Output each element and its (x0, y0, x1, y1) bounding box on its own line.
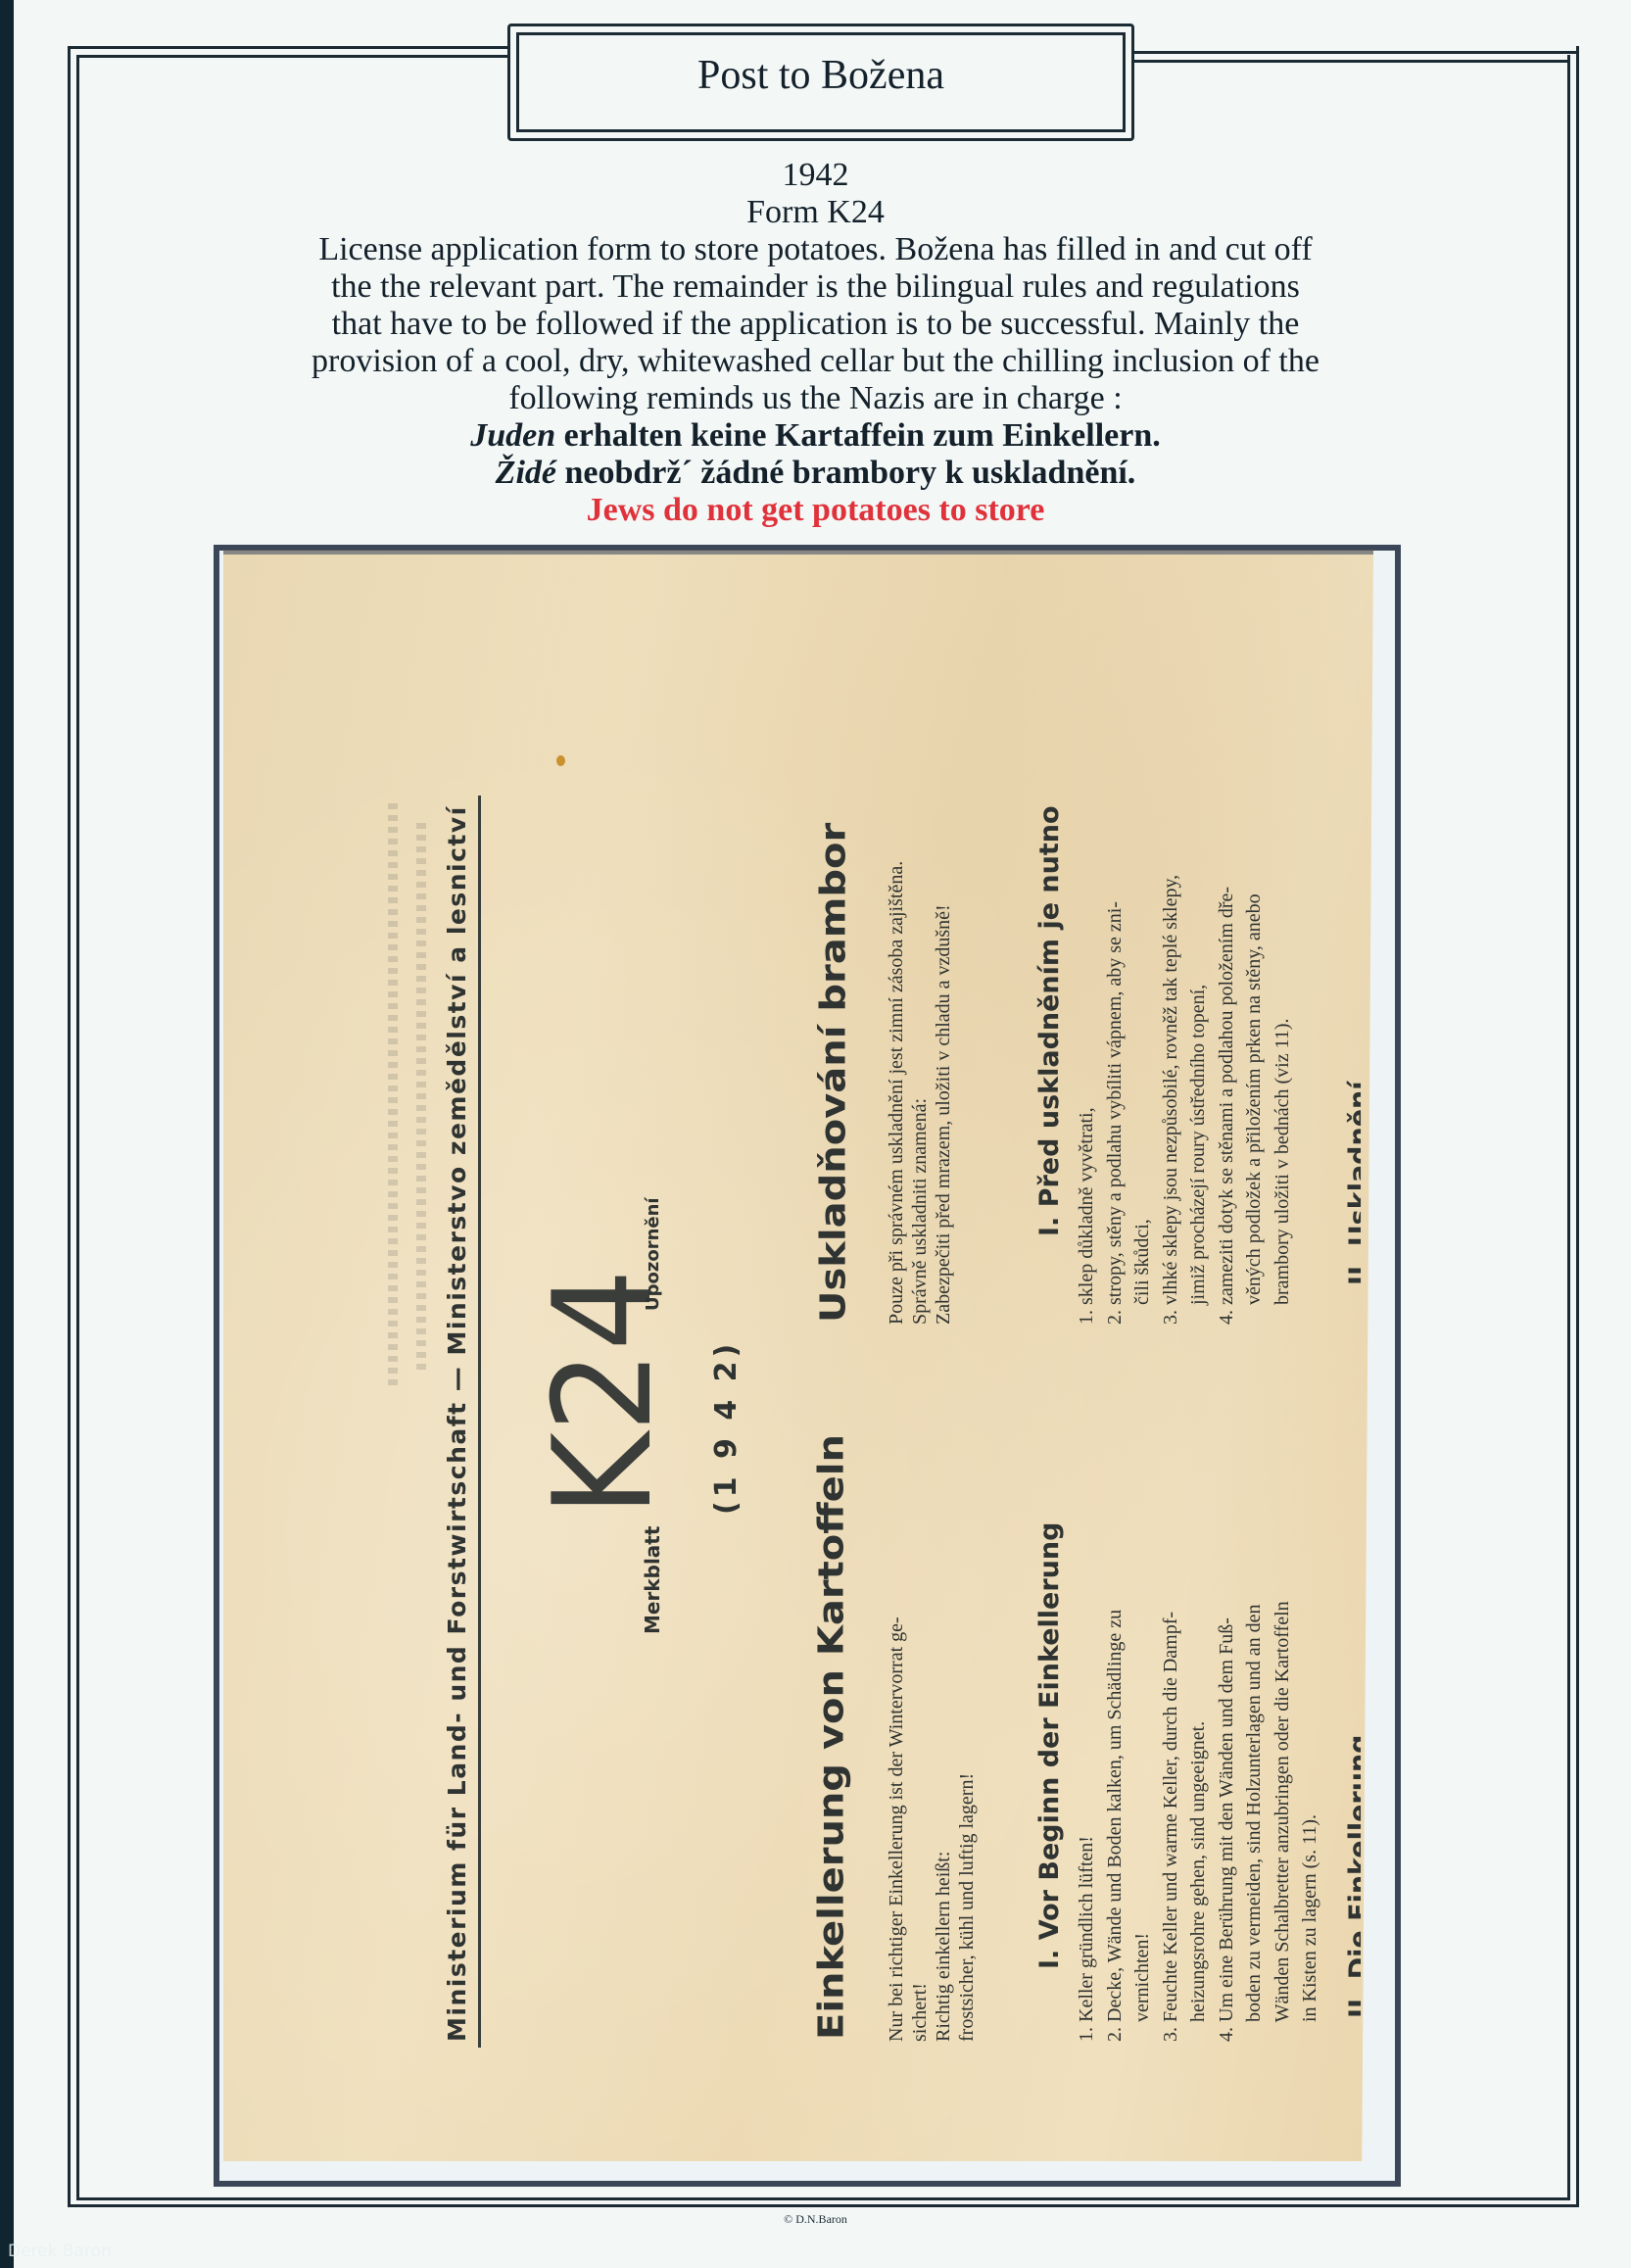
list-line: boden zu vermeiden, sind Holzunterlagen … (1243, 1604, 1266, 2042)
description-line: following reminds us the Nazis are in ch… (196, 380, 1435, 417)
ministry-header: Ministerium für Land- und Forstwirtschaf… (443, 805, 471, 2042)
german-section1-heading: I. Vor Beginn der Einkellerung (1034, 1522, 1065, 1969)
faint-stamp-marks (388, 803, 398, 1391)
list-line: 4. Um eine Berührung mit den Wänden und … (1216, 1617, 1238, 2042)
frame-top-rule-left-inner (76, 55, 510, 58)
list-line: Wänden Schalbretter anzubringen oder die… (1271, 1601, 1294, 2042)
list-line: jimiž procházejí roury ústředního topení… (1187, 985, 1210, 1325)
czech-intro-line: Správně uskladniti znamená: (909, 1098, 932, 1325)
list-line: brambory uložiti v bednách (viz 11). (1271, 1019, 1294, 1326)
german-intro-line: sichert! (909, 1983, 932, 2042)
description-line: that have to be followed if the applicat… (196, 306, 1435, 343)
description-line: the the relevant part. The remainder is … (196, 268, 1435, 306)
czech-quote-italic: Židé (496, 455, 556, 491)
upozorneni-label: Upozornění (643, 1197, 663, 1311)
czech-intro-line: Zabezpečiti před mrazem, uložiti v chlad… (933, 904, 955, 1325)
english-quote: Jews do not get potatoes to store (196, 492, 1435, 529)
german-heading: Einkellerung von Kartoffeln (811, 1434, 851, 2040)
header-rule (478, 796, 481, 2048)
list-line: in Kisten zu lagern (s. 11). (1299, 1814, 1321, 2042)
german-intro-line: Richtig einkellern heißt: (933, 1852, 955, 2042)
frame-top-rule-left-outer (68, 46, 510, 49)
german-quote: Juden erhalten keine Kartaffein zum Eink… (196, 417, 1435, 455)
watermark: Derek Baron (8, 2242, 112, 2261)
description-line: provision of a cool, dry, whitewashed ce… (196, 343, 1435, 380)
list-line: čili škůdci, (1131, 1219, 1154, 1325)
czech-quote-rest: neobdrž´ žádné brambory k uskladnění. (556, 455, 1135, 491)
frame-top-rule-right-outer (1132, 51, 1579, 54)
german-intro-line: Nur bei richtiger Einkellerung ist der W… (886, 1617, 908, 2042)
czech-heading: Uskladňování brambor (813, 823, 853, 1323)
merkblatt-label: Merkblatt (641, 1526, 664, 1634)
copyright-notice: © D.N.Baron (0, 2212, 1631, 2227)
czech-quote: Židé neobdrž´ žádné brambory k uskladněn… (196, 455, 1435, 492)
list-line: 4. zameziti dotyk se stěnami a podlahou … (1216, 887, 1238, 1325)
title-box: Post to Božena (507, 24, 1134, 141)
description-block: 1942 Form K24 License application form t… (196, 157, 1435, 529)
list-line: 2. Decke, Wände und Boden kalken, um Sch… (1104, 1610, 1127, 2042)
paper-stain (556, 755, 565, 766)
list-line: 3. Feuchte Keller und warme Keller, durc… (1160, 1612, 1182, 2042)
czech-intro-line: Pouze při správném uskladnění jest zimní… (886, 861, 908, 1325)
faint-stamp-marks (416, 823, 426, 1372)
czech-section1-heading: I. Před uskladněním je nutno (1034, 805, 1065, 1236)
list-line: 1. sklep důkladně vyvětrati, (1076, 1107, 1098, 1325)
year-line: 1942 (196, 157, 1435, 194)
list-line: 1. Keller gründlich lüften! (1076, 1836, 1098, 2042)
list-line: heizungsrohre gehen, sind ungeeignet. (1187, 1721, 1210, 2042)
german-quote-rest: erhalten keine Kartaffein zum Einkellern… (555, 417, 1161, 454)
scan-edge-strip (0, 0, 14, 2268)
list-line: věných podložek a přiložením prken na st… (1243, 893, 1266, 1325)
description-line: License application form to store potato… (196, 231, 1435, 268)
form-line: Form K24 (196, 194, 1435, 231)
list-line: 2. stropy, stěny a podlahu vybíliti vápn… (1104, 901, 1127, 1325)
list-line: vernichten! (1131, 1933, 1154, 2042)
frame-top-rule-right-inner (1132, 60, 1570, 63)
page-title: Post to Božena (510, 52, 1131, 99)
german-quote-italic: Juden (470, 417, 555, 454)
list-line: 3. vlhké sklepy jsou nezpůsobilé, rovněž… (1160, 875, 1182, 1325)
german-intro-line: frostsicher, kühl und luftig lagern! (956, 1773, 979, 2042)
form-year: (1 9 4 2) (709, 1340, 744, 1515)
